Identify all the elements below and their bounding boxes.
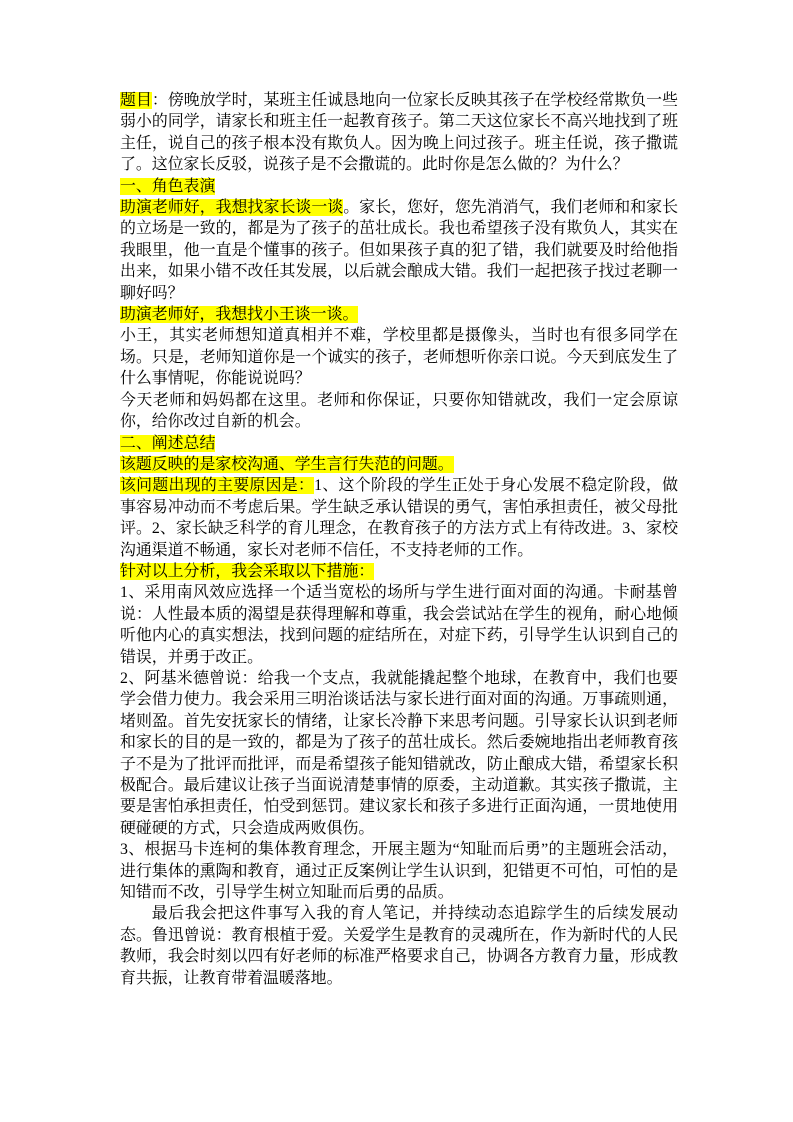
text-run: ：傍晚放学时，某班主任诚恳地向一位家长反映其孩子在学校经常欺负一些弱小的同学，请…: [120, 92, 678, 173]
highlighted-text-run: 助演老师好，我想找小王谈一谈。: [120, 306, 358, 323]
closing-paragraph: 最后我会把这件事写入我的育人笔记，并持续动态追踪学生的后续发展动态。鲁迅曾说：教…: [120, 903, 678, 989]
document-body: 题目：傍晚放学时，某班主任诚恳地向一位家长反映其孩子在学校经常欺负一些弱小的同学…: [120, 90, 678, 989]
highlighted-text-run: 该问题出现的主要原因是：: [120, 477, 314, 494]
text-run: 1、采用南风效应选择一个适当宽松的场所与学生进行面对面的沟通。卡耐基曾说：人性最…: [120, 584, 678, 665]
measures-heading: 针对以上分析，我会采取以下措施：: [120, 561, 678, 582]
measure-1: 1、采用南风效应选择一个适当宽松的场所与学生进行面对面的沟通。卡耐基曾说：人性最…: [120, 582, 678, 668]
measure-3: 3、根据马卡连柯的集体教育理念，开展主题为“知耻而后勇”的主题班会活动，进行集体…: [120, 839, 678, 903]
text-run: 今天老师和妈妈都在这里。老师和你保证，只要你知错就改，我们一定会原谅你，给你改过…: [120, 392, 678, 430]
causes-paragraph: 该问题出现的主要原因是：1、这个阶段的学生正处于身心发展不稳定阶段，做事容易冲动…: [120, 475, 678, 561]
question-paragraph: 题目：傍晚放学时，某班主任诚恳地向一位家长反映其孩子在学校经常欺负一些弱小的同学…: [120, 90, 678, 176]
text-run: 小王，其实老师想知道真相并不难，学校里都是摄像头，当时也有很多同学在场。只是，老…: [120, 327, 678, 387]
section-heading-role-play: 一、角色表演: [120, 176, 678, 197]
summary-topic-sentence: 该题反映的是家校沟通、学生言行失范的问题。: [120, 454, 678, 475]
highlighted-text-run: 针对以上分析，我会采取以下措施：: [120, 563, 374, 580]
text-run: 2、阿基米德曾说：给我一个支点，我就能撬起整个地球，在教育中，我们也要学会借力使…: [120, 670, 678, 837]
dialogue-with-student-2: 今天老师和妈妈都在这里。老师和你保证，只要你知错就改，我们一定会原谅你，给你改过…: [120, 390, 678, 433]
highlighted-text-run: 一、角色表演: [120, 178, 215, 195]
highlighted-text-run: 助演老师好，我想找家长谈一谈: [120, 199, 343, 216]
highlighted-text-run: 二、阐述总结: [120, 435, 215, 452]
section-heading-summary: 二、阐述总结: [120, 433, 678, 454]
measure-2: 2、阿基米德曾说：给我一个支点，我就能撬起整个地球，在教育中，我们也要学会借力使…: [120, 668, 678, 839]
highlighted-text-run: 该题反映的是家校沟通、学生言行失范的问题。: [120, 456, 454, 473]
dialogue-student-lead-in: 助演老师好，我想找小王谈一谈。: [120, 304, 678, 325]
text-run: 最后我会把这件事写入我的育人笔记，并持续动态追踪学生的后续发展动态。鲁迅曾说：教…: [120, 905, 678, 986]
highlighted-text-run: 题目: [120, 92, 152, 109]
dialogue-with-student-1: 小王，其实老师想知道真相并不难，学校里都是摄像头，当时也有很多同学在场。只是，老…: [120, 325, 678, 389]
text-run: 3、根据马卡连柯的集体教育理念，开展主题为“知耻而后勇”的主题班会活动，进行集体…: [120, 841, 678, 901]
document-page: 题目：傍晚放学时，某班主任诚恳地向一位家长反映其孩子在学校经常欺负一些弱小的同学…: [0, 0, 793, 1122]
dialogue-with-parent: 助演老师好，我想找家长谈一谈。家长，您好，您先消消气，我们老师和和家长的立场是一…: [120, 197, 678, 304]
